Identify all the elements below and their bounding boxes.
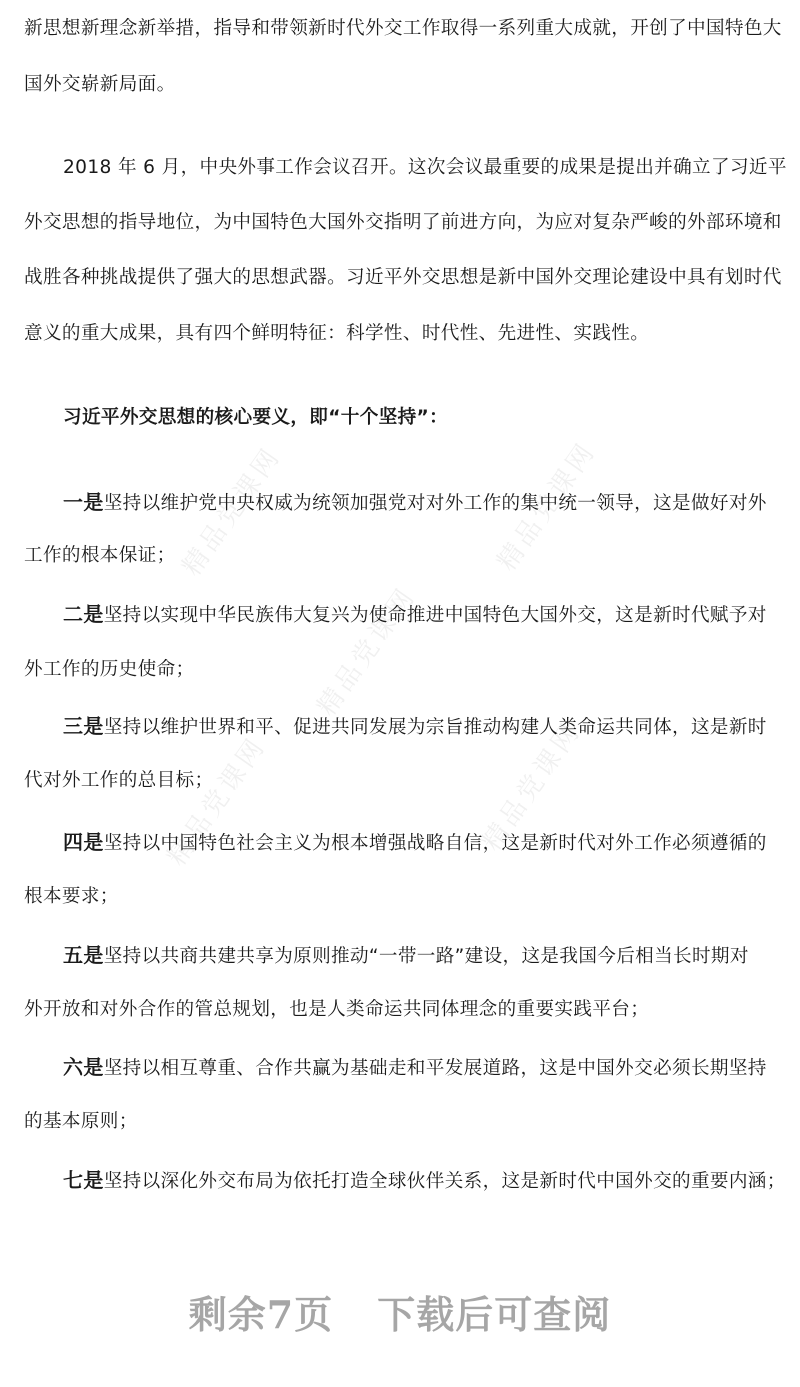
paragraph-line: 2018 年 6 月，中央外事工作会议召开。这次会议最重要的成果是提出并确立了习… (63, 156, 800, 180)
list-item: 三是坚持以维护世界和平、促进共同发展为宗旨推动构建人类命运共同体，这是新时 (63, 714, 800, 740)
item-continuation: 代对外工作的总目标； (24, 769, 784, 793)
item-text: 坚持以实现中华民族伟大复兴为使命推进中国特色大国外交，这是新时代赋予对 (104, 605, 767, 626)
item-continuation: 根本要求； (24, 885, 784, 909)
paragraph-line: 国外交崭新局面。 (24, 73, 784, 97)
item-lead: 二是 (63, 602, 104, 626)
remaining-pages-label: 剩余7页 (189, 1292, 333, 1337)
paragraph-line: 外交思想的指导地位，为中国特色大国外交指明了前进方向，为应对复杂严峻的外部环境和 (24, 211, 784, 235)
document-page: 精品党课网 精品党课网 精品党课网 精品党课网 精品党课网 新思想新理念新举措，… (0, 0, 800, 1387)
download-prompt[interactable]: 剩余7页下载后可查阅 (0, 1284, 800, 1339)
item-text: 坚持以深化外交布局为依托打造全球伙伴关系，这是新时代中国外交的重要内涵； (104, 1171, 786, 1192)
item-text: 坚持以维护党中央权威为统领加强党对对外工作的集中统一领导，这是做好对外 (104, 493, 767, 514)
list-item: 一是坚持以维护党中央权威为统领加强党对对外工作的集中统一领导，这是做好对外 (63, 490, 800, 516)
item-lead: 五是 (63, 943, 104, 967)
download-to-view-label[interactable]: 下载后可查阅 (377, 1292, 611, 1337)
item-lead: 六是 (63, 1055, 104, 1079)
item-continuation: 工作的根本保证； (24, 544, 784, 568)
paragraph-line: 新思想新理念新举措，指导和带领新时代外交工作取得一系列重大成就，开创了中国特色大 (24, 17, 784, 41)
item-continuation: 的基本原则； (24, 1110, 784, 1134)
item-text: 坚持以中国特色社会主义为根本增强战略自信，这是新时代对外工作必须遵循的 (104, 833, 767, 854)
item-text: 坚持以共商共建共享为原则推动“一带一路”建设，这是我国今后相当长时期对 (104, 946, 749, 967)
item-lead: 四是 (63, 830, 104, 854)
paragraph-line: 战胜各种挑战提供了强大的思想武器。习近平外交思想是新中国外交理论建设中具有划时代 (24, 266, 784, 290)
list-item: 四是坚持以中国特色社会主义为根本增强战略自信，这是新时代对外工作必须遵循的 (63, 830, 800, 856)
section-heading: 习近平外交思想的核心要义，即“十个坚持”： (63, 406, 800, 430)
list-item: 二是坚持以实现中华民族伟大复兴为使命推进中国特色大国外交，这是新时代赋予对 (63, 602, 800, 628)
item-text: 坚持以维护世界和平、促进共同发展为宗旨推动构建人类命运共同体，这是新时 (104, 717, 767, 738)
paragraph-line: 意义的重大成果，具有四个鲜明特征：科学性、时代性、先进性、实践性。 (24, 322, 784, 346)
item-continuation: 外工作的历史使命； (24, 658, 784, 682)
list-item: 六是坚持以相互尊重、合作共赢为基础走和平发展道路，这是中国外交必须长期坚持 (63, 1055, 800, 1081)
list-item: 七是坚持以深化外交布局为依托打造全球伙伴关系，这是新时代中国外交的重要内涵； (63, 1168, 800, 1194)
item-lead: 一是 (63, 490, 104, 514)
item-text: 坚持以相互尊重、合作共赢为基础走和平发展道路，这是中国外交必须长期坚持 (104, 1058, 767, 1079)
item-lead: 三是 (63, 714, 104, 738)
item-lead: 七是 (63, 1168, 104, 1192)
item-continuation: 外开放和对外合作的管总规划，也是人类命运共同体理念的重要实践平台； (24, 998, 784, 1022)
list-item: 五是坚持以共商共建共享为原则推动“一带一路”建设，这是我国今后相当长时期对 (63, 943, 800, 969)
watermark: 精品党课网 (307, 578, 423, 722)
